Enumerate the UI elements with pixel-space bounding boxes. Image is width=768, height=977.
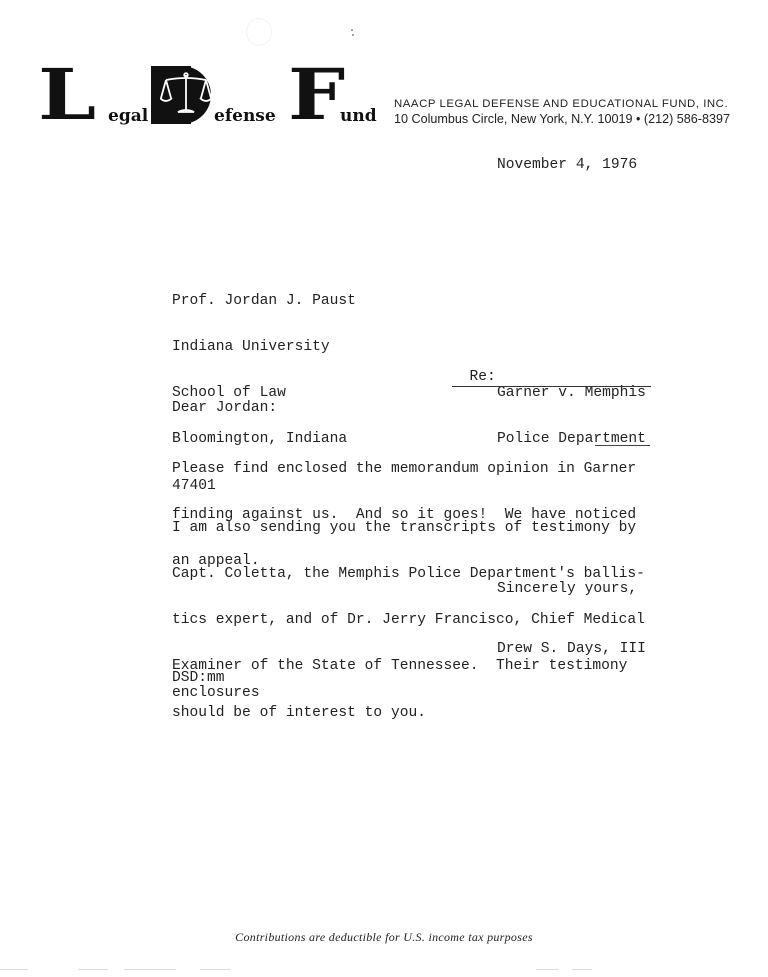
ldf-logo: L egal efense F und xyxy=(38,66,378,128)
organization-address: 10 Columbus Circle, New York, N.Y. 10019… xyxy=(394,112,730,126)
re-label: Re: xyxy=(470,369,496,385)
recipient-line: Prof. Jordan J. Paust xyxy=(172,294,356,309)
page-edge xyxy=(200,969,230,970)
page-edge xyxy=(78,969,108,970)
page-edge xyxy=(572,969,592,970)
footer-note: Contributions are deductible for U.S. in… xyxy=(0,930,768,945)
letter-date: November 4, 1976 xyxy=(497,158,637,173)
page-edge xyxy=(0,969,28,970)
logo-word-und: und xyxy=(340,108,377,125)
signer-name: Drew S. Days, III xyxy=(497,642,646,657)
paragraph-line: should be of interest to you. xyxy=(172,706,645,721)
logo-word-efense: efense xyxy=(214,108,276,125)
logo-letter-f: F xyxy=(288,60,345,130)
logo-word-egal: egal xyxy=(108,108,148,125)
organization-name: NAACP LEGAL DEFENSE AND EDUCATIONAL FUND… xyxy=(394,98,728,110)
scan-speck xyxy=(351,29,353,31)
logo-letter-l: L xyxy=(38,60,96,130)
subject-reference: Re: Garner v. Memphis Police Department xyxy=(452,355,496,401)
paragraph-line: Examiner of the State of Tennessee. Thei… xyxy=(172,659,645,674)
re-line: Garner v. Memphis xyxy=(497,386,646,401)
scales-of-justice-icon xyxy=(160,72,212,120)
page-edge xyxy=(124,969,176,970)
scan-artifact xyxy=(246,18,272,46)
recipient-line: Indiana University xyxy=(172,340,356,355)
paragraph-line: I am also sending you the transcripts of… xyxy=(172,521,645,536)
scan-speck xyxy=(352,34,354,36)
case-name-underline xyxy=(595,445,650,446)
page-edge xyxy=(536,969,558,970)
enclosures-note: enclosures xyxy=(172,686,260,701)
complimentary-close: Sincerely yours, xyxy=(497,582,637,597)
salutation: Dear Jordan: xyxy=(172,401,277,416)
subject-underline xyxy=(452,386,651,387)
paragraph-line: Please find enclosed the memorandum opin… xyxy=(172,462,636,477)
paragraph-line: tics expert, and of Dr. Jerry Francisco,… xyxy=(172,613,645,628)
